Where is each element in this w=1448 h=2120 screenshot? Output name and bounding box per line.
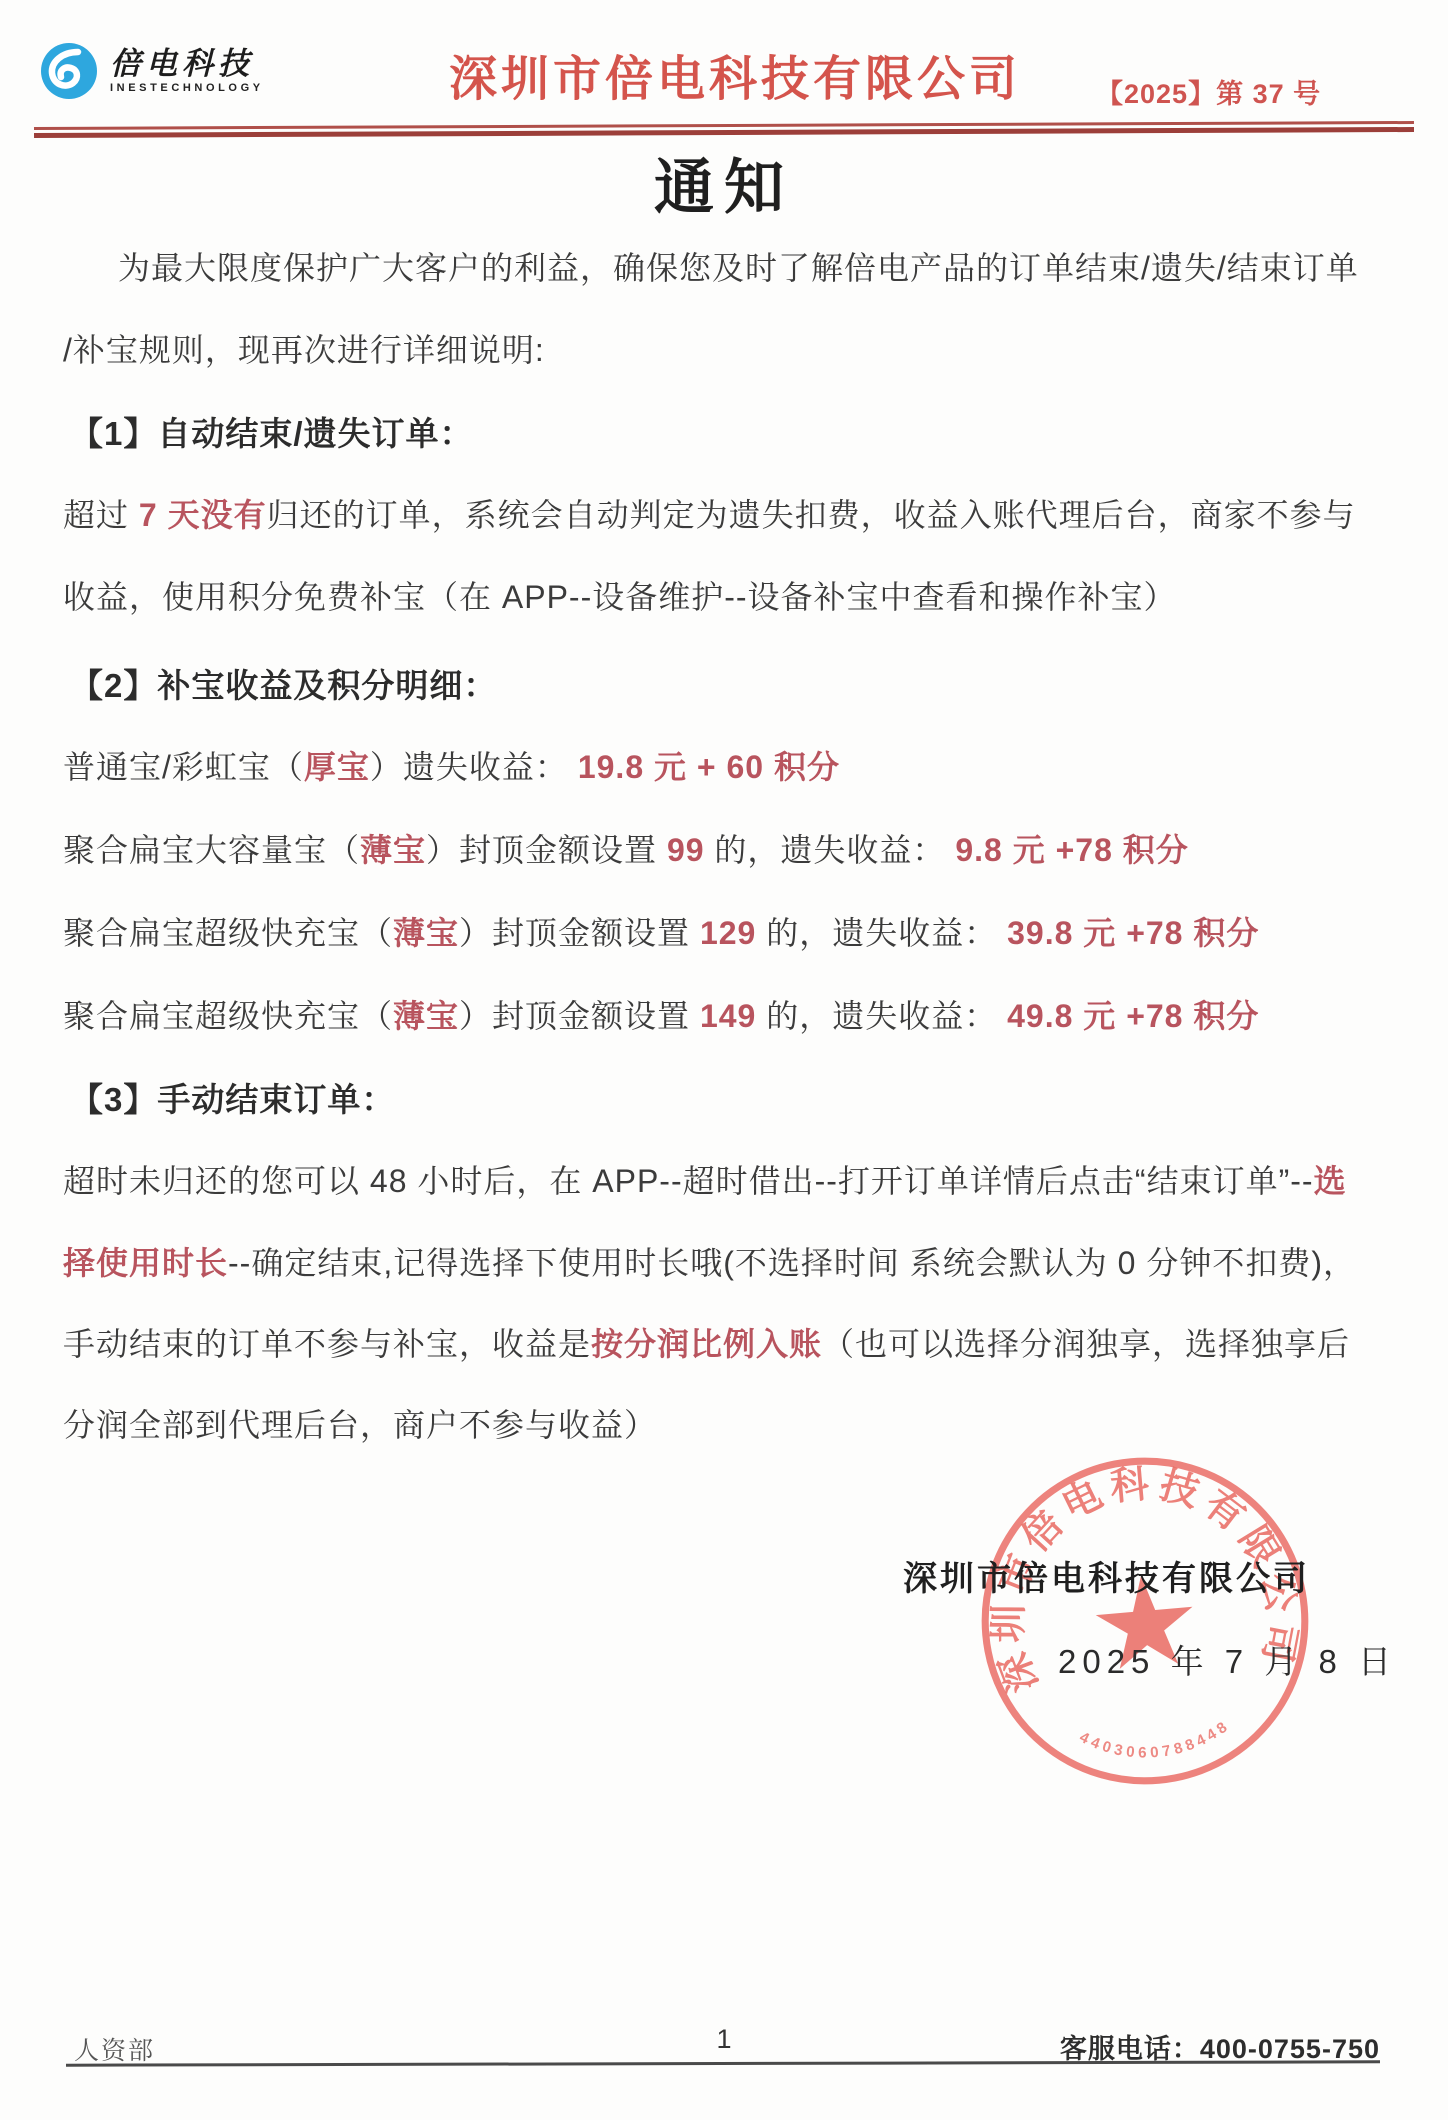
intro-line-1: 为最大限度保护广大客户的利益，确保您及时了解倍电产品的订单结束/遗失/结束订单	[118, 243, 1359, 289]
body-line: 聚合扁宝超级快充宝（薄宝）封顶金额设置 129 的，遗失收益： 39.8 元 +…	[63, 908, 1259, 954]
logo-brand-cn: 倍电科技	[110, 48, 264, 79]
section-heading-3: 【3】手动结束订单：	[70, 1074, 395, 1121]
logo-brand-en: INESTECHNOLOGY	[110, 83, 264, 94]
body-line: 收益，使用积分免费补宝（在 APP--设备维护--设备补宝中查看和操作补宝）	[63, 572, 1177, 618]
body-line: 聚合扁宝大容量宝（薄宝）封顶金额设置 99 的，遗失收益： 9.8 元 +78 …	[63, 825, 1189, 871]
body-line: 超时未归还的您可以 48 小时后，在 APP--超时借出--打开订单详情后点击“…	[63, 1156, 1347, 1202]
intro-line-2: /补宝规则，现再次进行详细说明:	[63, 325, 545, 371]
logo-text: 倍电科技 INESTECHNOLOGY	[110, 48, 264, 94]
section-heading-1: 【1】自动结束/遗失订单：	[70, 408, 474, 455]
signature-date: 2025 年 7 月 8 日	[1058, 1636, 1397, 1683]
footer-phone: 客服电话：400-0755-750	[1060, 2027, 1380, 2066]
company-title: 深圳市倍电科技有限公司	[335, 40, 1135, 109]
doc-number: 【2025】第 37 号	[1096, 72, 1321, 111]
company-seal: 深圳市倍电科技有限公司 4403060788448	[953, 1429, 1337, 1813]
body-line: 手动结束的订单不参与补宝，收益是按分润比例入账（也可以选择分润独享，选择独享后	[63, 1319, 1350, 1365]
power-swirl-icon	[38, 40, 100, 102]
seal-serial: 4403060788448	[1075, 1716, 1235, 1768]
body-line: 超过 7 天没有归还的订单，系统会自动判定为遗失扣费，收益入账代理后台，商家不参…	[63, 490, 1356, 536]
header-logo: 倍电科技 INESTECHNOLOGY	[38, 40, 264, 102]
body-line: 择使用时长--确定结束,记得选择下使用时长哦(不选择时间 系统会默认为 0 分钟…	[63, 1238, 1356, 1284]
header-divider	[34, 121, 1414, 138]
section-heading-2: 【2】补宝收益及积分明细：	[70, 660, 497, 707]
signature-company: 深圳市倍电科技有限公司	[903, 1551, 1310, 1600]
body-line: 普通宝/彩虹宝（厚宝）遗失收益： 19.8 元 + 60 积分	[63, 742, 840, 788]
body-line: 分润全部到代理后台，商户不参与收益）	[63, 1400, 657, 1446]
body-line: 聚合扁宝超级快充宝（薄宝）封顶金额设置 149 的，遗失收益： 49.8 元 +…	[63, 991, 1259, 1037]
notice-document-page: 倍电科技 INESTECHNOLOGY 深圳市倍电科技有限公司 【2025】第 …	[0, 0, 1448, 2120]
page-title: 通知	[0, 140, 1448, 226]
